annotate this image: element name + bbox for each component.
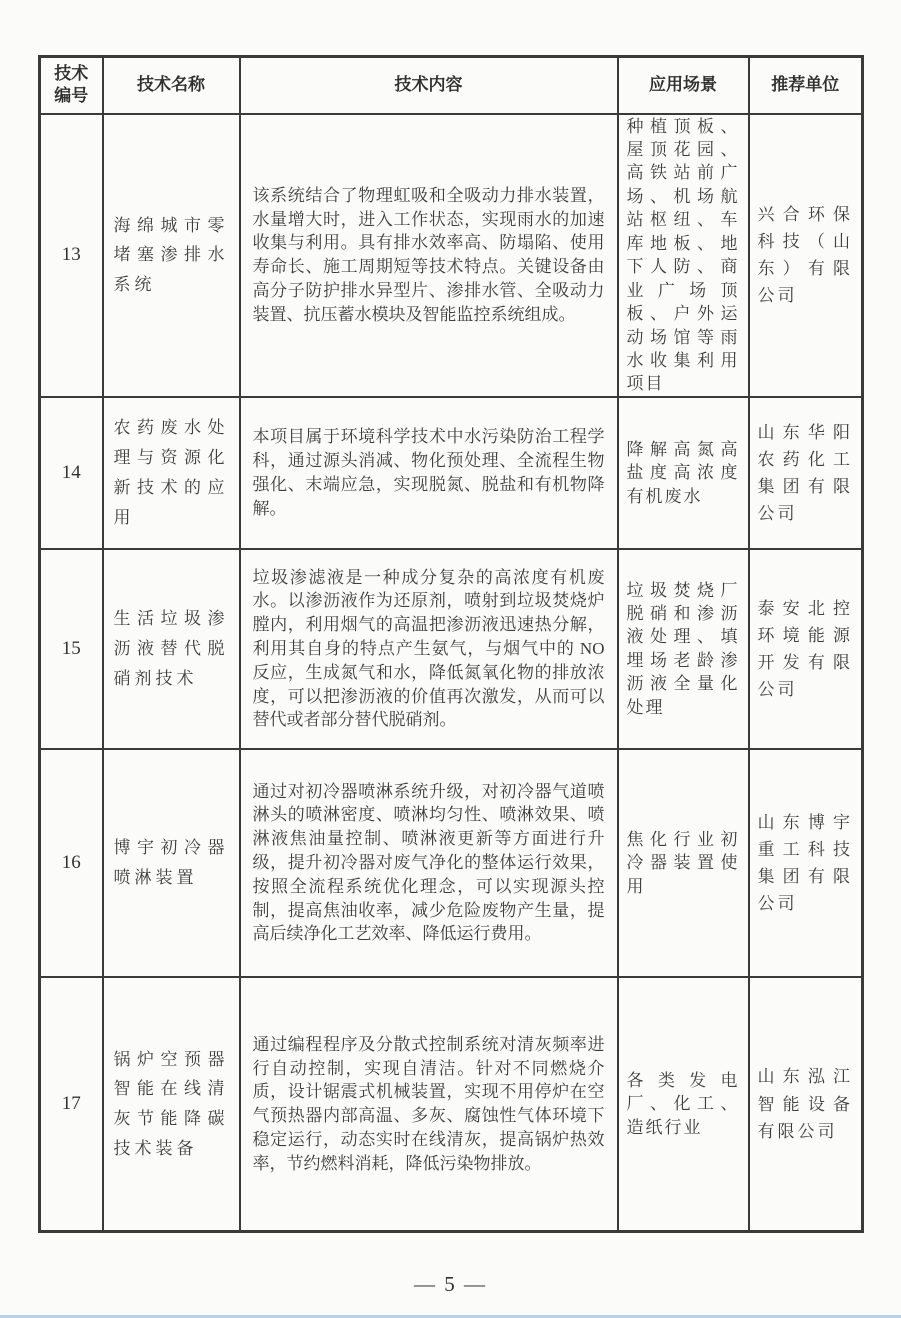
page-number: — 5 — xyxy=(0,1272,901,1297)
col-header-recommender: 推荐单位 xyxy=(749,57,863,114)
col-header-tech-id: 技术 编号 xyxy=(40,57,103,114)
tech-id: 14 xyxy=(40,397,103,549)
tech-scenario: 降解高氮高盐度高浓度有机废水 xyxy=(618,397,749,549)
col-header-tech-name: 技术名称 xyxy=(103,57,240,114)
tech-content: 垃圾渗滤液是一种成分复杂的高浓度有机废水。以渗沥液作为还原剂，喷射到垃圾焚烧炉膛… xyxy=(240,549,618,749)
tech-id: 13 xyxy=(40,114,103,397)
tech-content: 本项目属于环境科学技术中水污染防治工程学科，通过源头消减、物化预处理、全流程生物… xyxy=(240,397,618,549)
tech-id: 17 xyxy=(40,977,103,1232)
tech-name: 锅炉空预器智能在线清灰节能降碳技术装备 xyxy=(103,977,240,1232)
col-header-tech-content: 技术内容 xyxy=(240,57,618,114)
tech-content: 通过对初冷器喷淋系统升级，对初冷器气道喷淋头的喷淋密度、喷淋均匀性、喷淋效果、喷… xyxy=(240,749,618,977)
tech-name: 生活垃圾渗沥液替代脱硝剂技术 xyxy=(103,549,240,749)
tech-scenario: 焦化行业初冷器装置使用 xyxy=(618,749,749,977)
tech-scenario: 各类发电厂、化工、造纸行业 xyxy=(618,977,749,1232)
table-row: 17 锅炉空预器智能在线清灰节能降碳技术装备 通过编程程序及分散式控制系统对清灰… xyxy=(40,977,863,1232)
col-header-scenario: 应用场景 xyxy=(618,57,749,114)
tech-scenario: 垃圾焚烧厂脱硝和渗沥液处理、填埋场老龄渗沥液全量化处理 xyxy=(618,549,749,749)
tech-id: 16 xyxy=(40,749,103,977)
table-row: 15 生活垃圾渗沥液替代脱硝剂技术 垃圾渗滤液是一种成分复杂的高浓度有机废水。以… xyxy=(40,549,863,749)
table-header-row: 技术 编号 技术名称 技术内容 应用场景 推荐单位 xyxy=(40,57,863,114)
table-row: 14 农药废水处理与资源化新技术的应用 本项目属于环境科学技术中水污染防治工程学… xyxy=(40,397,863,549)
table-row: 16 博宇初冷器喷淋装置 通过对初冷器喷淋系统升级，对初冷器气道喷淋头的喷淋密度… xyxy=(40,749,863,977)
tech-name: 农药废水处理与资源化新技术的应用 xyxy=(103,397,240,549)
tech-scenario: 种植顶板、屋顶花园、高铁站前广场、机场航站枢纽、车库地板、地下人防、商业广场顶板… xyxy=(618,114,749,397)
tech-content: 该系统结合了物理虹吸和全吸动力排水装置，水量增大时，进入工作状态，实现雨水的加速… xyxy=(240,114,618,397)
technology-table: 技术 编号 技术名称 技术内容 应用场景 推荐单位 13 海绵城市零堵塞渗排水系… xyxy=(38,55,864,1233)
tech-name: 海绵城市零堵塞渗排水系统 xyxy=(103,114,240,397)
tech-recommender: 泰安北控环境能源开发有限公司 xyxy=(749,549,863,749)
tech-name: 博宇初冷器喷淋装置 xyxy=(103,749,240,977)
table-row: 13 海绵城市零堵塞渗排水系统 该系统结合了物理虹吸和全吸动力排水装置，水量增大… xyxy=(40,114,863,397)
tech-recommender: 山东泓江智能设备有限公司 xyxy=(749,977,863,1232)
tech-id: 15 xyxy=(40,549,103,749)
tech-recommender: 兴合环保科技（山东）有限公司 xyxy=(749,114,863,397)
tech-content: 通过编程程序及分散式控制系统对清灰频率进行自动控制，实现自清洁。针对不同燃烧介质… xyxy=(240,977,618,1232)
tech-recommender: 山东华阳农药化工集团有限公司 xyxy=(749,397,863,549)
tech-recommender: 山东博宇重工科技集团有限公司 xyxy=(749,749,863,977)
